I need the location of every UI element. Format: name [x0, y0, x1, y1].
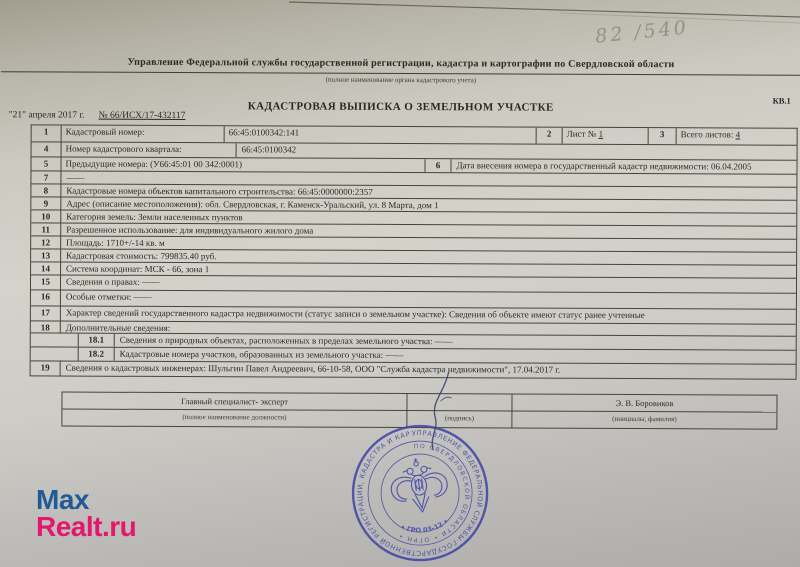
watermark-line1: Max [36, 486, 136, 513]
signature-cell [407, 394, 512, 410]
indent-cell [31, 347, 79, 360]
authority-name-caption: (полное наименование органа кадастрового… [1, 74, 800, 85]
issue-date: "21" апреля 2017 г. [9, 110, 85, 120]
row-number: 7 [31, 171, 61, 183]
scanned-document-photo: 82 /540 Управление Федеральной службы го… [0, 0, 800, 567]
row-number: 4 [32, 142, 62, 156]
cadastral-data-table: 1 Кадастровый номер: 66:45:0100342:141 2… [30, 124, 798, 379]
row-number: 11 [31, 223, 61, 235]
row-number: 14 [31, 262, 61, 274]
previous-numbers: Предыдущие номера: (У66:45:01 00 342:000… [61, 158, 425, 173]
registration-authority-name: Управление Федеральной службы государств… [1, 56, 800, 70]
indent-cell [31, 333, 79, 346]
watermark-line2: Realt.ru [36, 513, 136, 540]
row-number: 6 [425, 159, 451, 172]
row-number: 18.2 [79, 348, 115, 361]
row-number: 9 [31, 197, 61, 209]
row-number: 1 [32, 125, 62, 141]
cadastral-engineers-info: Сведения о кадастровых инженерах: Шульги… [61, 362, 796, 379]
row-number: 16 [31, 290, 61, 305]
double-headed-eagle-emblem [388, 455, 451, 516]
table-row: 19 Сведения о кадастровых инженерах: Шул… [31, 361, 796, 379]
row-number: 18 [31, 321, 61, 332]
handwritten-page-marker: 82 /540 [594, 16, 690, 47]
signer-name: Э. В. Боровиков [512, 394, 776, 411]
registry-entry-date: Дата внесения номера в государственный к… [451, 159, 796, 174]
sheet-value: 1 [599, 129, 604, 139]
name-caption: (инициалы, фамилия) [512, 411, 776, 428]
row-number: 19 [31, 361, 61, 375]
quarter-number-value: 66:45:0100342 [237, 143, 797, 159]
date-and-number-line: "21" апреля 2017 г.№ 66/ИСХ/17-432117 [9, 110, 186, 121]
cadastral-extract-document: 82 /540 Управление Федеральной службы го… [0, 0, 800, 567]
total-sheets-value: 4 [736, 129, 741, 139]
quarter-number-label: Номер кадастрового квартала: [62, 143, 237, 158]
official-seal-stamp: УПРАВЛЕНИЕ ФЕДЕРАЛЬНОЙ СЛУЖБЫ ГОСУДАРСТВ… [345, 418, 496, 567]
row-number: 2 [537, 128, 563, 144]
row-number: 13 [31, 249, 61, 261]
cadastral-number-value: 66:45:0100342:141 [225, 126, 537, 143]
maxrealt-watermark: Max Realt.ru [36, 486, 136, 540]
row-number: 10 [31, 210, 61, 222]
sheet-number-cell: Лист № 1 [563, 128, 649, 144]
document-number: № 66/ИСХ/17-432117 [99, 111, 186, 121]
total-sheets-cell: Всего листов: 4 [677, 128, 797, 145]
cadastral-number-label: Кадастровый номер: [62, 126, 225, 143]
sheet-label: Лист № [567, 129, 599, 139]
row-number: 15 [31, 275, 61, 289]
total-sheets-label: Всего листов: [681, 129, 736, 139]
special-marks: Особые отметки: —— [61, 291, 796, 309]
row-number: 12 [31, 236, 61, 248]
row-number: 17 [31, 306, 61, 320]
row-number: 18.1 [79, 334, 115, 347]
row-number: 3 [649, 128, 677, 144]
stamp-outer-ring [345, 418, 496, 567]
row-number: 5 [31, 157, 61, 170]
signer-position: Главный специалист- эксперт [62, 393, 407, 411]
row-number: 8 [31, 184, 61, 196]
